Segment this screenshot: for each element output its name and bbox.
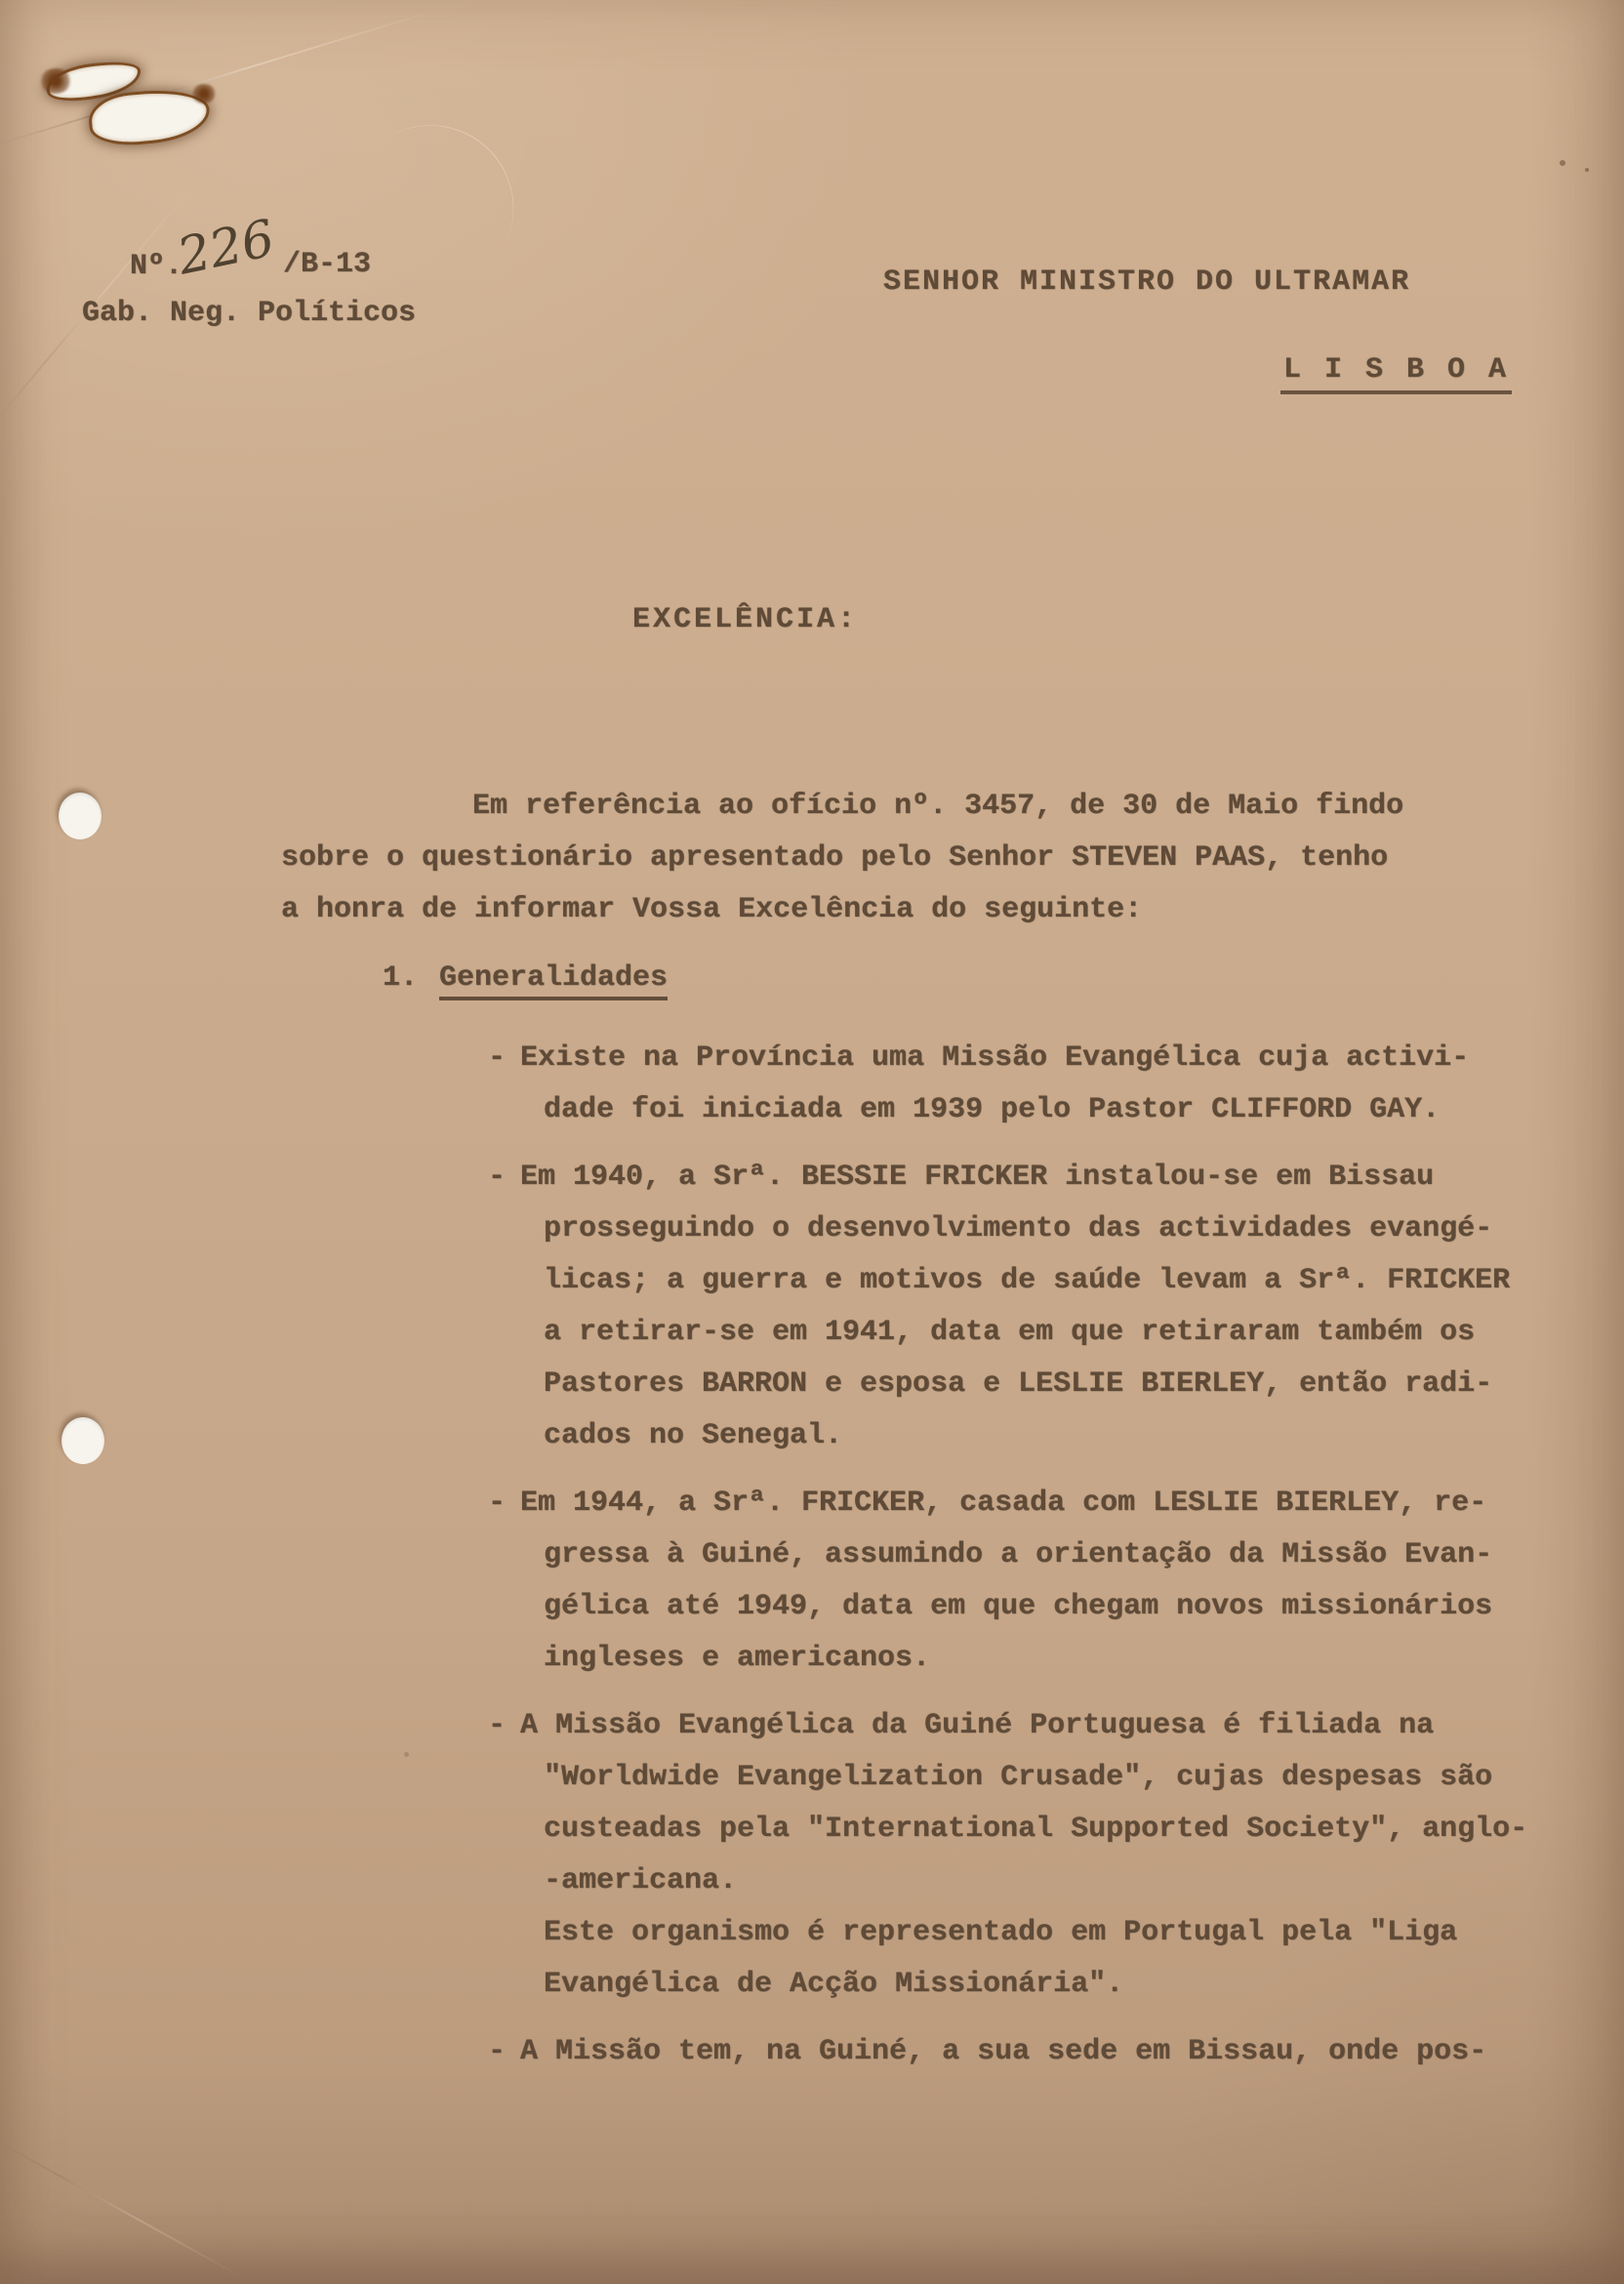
list-item: - A Missão Evangélica da Guiné Portugues… <box>488 1700 1601 2011</box>
staple-tear-large <box>90 89 209 145</box>
punch-hole-top <box>59 793 101 839</box>
paper-speck <box>1560 160 1565 166</box>
rust-stain <box>39 68 72 94</box>
scanned-letter-page: Nº. 226 /B-13 Gab. Neg. Políticos SENHOR… <box>0 0 1624 2284</box>
section-heading: 1.Generalidades <box>383 961 668 995</box>
punch-hole-bottom <box>61 1417 104 1464</box>
list-item: - Em 1944, a Srª. FRICKER, casada com LE… <box>488 1478 1601 1685</box>
bullet-dash: - <box>488 1152 520 1462</box>
list-item-line: Em 1940, a Srª. BESSIE FRICKER instalou-… <box>520 1152 1601 1203</box>
list-item: - A Missão tem, na Guiné, a sua sede em … <box>488 2026 1601 2078</box>
bullet-dash: - <box>488 1478 520 1685</box>
list-item: - Em 1940, a Srª. BESSIE FRICKER instalo… <box>488 1152 1601 1462</box>
addressee-line: SENHOR MINISTRO DO ULTRAMAR <box>883 265 1410 299</box>
list-item-line: cados no Senegal. <box>544 1410 1601 1462</box>
list-item-line: Existe na Província uma Missão Evangélic… <box>520 1033 1601 1084</box>
list-item-line: gressa à Guiné, assumindo a orientação d… <box>544 1529 1601 1581</box>
list-item-line: A Missão Evangélica da Guiné Portuguesa … <box>520 1700 1601 1752</box>
paper-scratch <box>313 91 548 326</box>
list-item-line: Pastores BARRON e esposa e LESLIE BIERLE… <box>544 1359 1601 1410</box>
section-title: Generalidades <box>439 961 668 1000</box>
ref-number-prefix: Nº. <box>130 250 183 283</box>
addressee-city: L I S B O A <box>1280 353 1512 394</box>
paper-speck <box>1585 168 1589 172</box>
ref-office-line: Gab. Neg. Políticos <box>82 297 416 330</box>
ref-number-suffix: /B-13 <box>283 248 371 281</box>
list-item-line: "Worldwide Evangelization Crusade", cuja… <box>544 1752 1601 1804</box>
list-item-line: dade foi iniciada em 1939 pelo Pastor CL… <box>544 1084 1601 1136</box>
paper-speck <box>404 1752 409 1757</box>
section-number: 1. <box>383 961 418 995</box>
list-item-line: a retirar-se em 1941, data em que retira… <box>544 1307 1601 1359</box>
list-item-line: A Missão tem, na Guiné, a sua sede em Bi… <box>520 2026 1601 2078</box>
list-item-line: custeadas pela "International Supported … <box>544 1804 1601 1856</box>
rust-stain <box>191 84 217 103</box>
list-item-line: ingleses e americanos. <box>544 1633 1601 1685</box>
ref-number-handwritten: 226 <box>173 209 280 286</box>
list-item: - Existe na Província uma Missão Evangél… <box>488 1033 1601 1136</box>
bullet-dash: - <box>488 1700 520 2011</box>
bullet-dash: - <box>488 2026 520 2078</box>
list-item-line: licas; a guerra e motivos de saúde levam… <box>544 1255 1601 1307</box>
list-item-line: prosseguindo o desenvolvimento das activ… <box>544 1203 1601 1255</box>
bullet-list: - Existe na Província uma Missão Evangél… <box>488 1033 1601 2094</box>
list-item-line: Em 1944, a Srª. FRICKER, casada com LESL… <box>520 1478 1601 1529</box>
list-item-line: gélica até 1949, data em que chegam novo… <box>544 1581 1601 1633</box>
bullet-dash: - <box>488 1033 520 1136</box>
list-item-line: Evangélica de Acção Missionária". <box>544 1959 1601 2011</box>
intro-paragraph: Em referência ao ofício nº. 3457, de 30 … <box>281 781 1521 936</box>
paper-crease-bottom-left <box>0 2138 258 2284</box>
list-item-line: -americana. <box>544 1856 1601 1907</box>
list-item-line: Este organismo é representado em Portuga… <box>544 1907 1601 1959</box>
salutation: EXCELÊNCIA: <box>632 603 858 636</box>
